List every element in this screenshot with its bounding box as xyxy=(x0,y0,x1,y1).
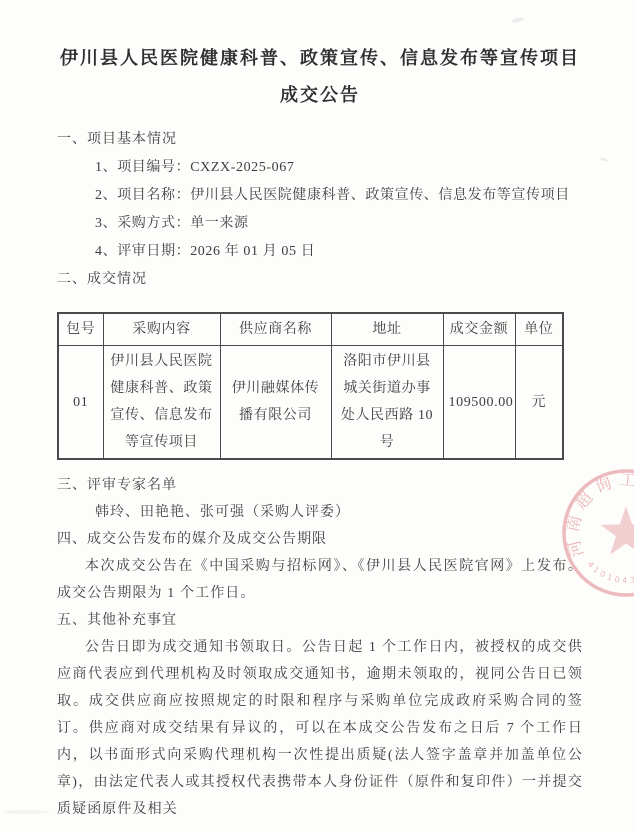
section5-heading: 五、其他补充事宜 xyxy=(57,607,583,634)
section1-heading: 一、项目基本情况 xyxy=(57,126,583,154)
section3-heading: 三、评审专家名单 xyxy=(57,472,583,499)
procurement-method-line: 3、采购方式：单一来源 xyxy=(57,210,583,238)
cell-package-no: 01 xyxy=(58,346,103,460)
col-header-package: 包号 xyxy=(58,313,103,346)
document-title: 伊川县人民医院健康科普、政策宣传、信息发布等宣传项目 成交公告 xyxy=(57,40,583,114)
table-row: 01 伊川县人民医院健康科普、政策宣传、信息发布等宣传项目 伊川融媒体传播有限公… xyxy=(58,346,563,460)
document-title-line2: 成交公告 xyxy=(57,77,583,114)
cell-amount: 109500.00 xyxy=(443,346,515,460)
cell-address: 洛阳市伊川县城关街道办事处人民西路 10 号 xyxy=(331,346,443,460)
project-number-line: 1、项目编号：CXZX-2025-067 xyxy=(57,154,583,182)
document-title-line1: 伊川县人民医院健康科普、政策宣传、信息发布等宣传项目 xyxy=(57,40,583,77)
project-name-line: 2、项目名称：伊川县人民医院健康科普、政策宣传、信息发布等宣传项目 xyxy=(57,182,583,210)
cell-supplier: 伊川融媒体传播有限公司 xyxy=(220,346,331,460)
col-header-amount: 成交金额 xyxy=(443,313,515,346)
cell-content: 伊川县人民医院健康科普、政策宣传、信息发布等宣传项目 xyxy=(103,346,220,460)
announcement-page: 伊川县人民医院健康科普、政策宣传、信息发布等宣传项目 成交公告 一、项目基本情况… xyxy=(0,0,634,832)
col-header-address: 地址 xyxy=(331,313,443,346)
section5-paragraph: 公告日即为成交通知书领取日。公告日起 1 个工作日内，被授权的成交供应商代表应到… xyxy=(57,634,583,823)
award-result-table: 包号 采购内容 供应商名称 地址 成交金额 单位 01 伊川县人民医院健康科普、… xyxy=(57,312,564,460)
lower-sections: 三、评审专家名单 韩玲、田艳艳、张可强（采购人评委） 四、成交公告发布的媒介及成… xyxy=(57,472,583,823)
page-content: 伊川县人民医院健康科普、政策宣传、信息发布等宣传项目 成交公告 一、项目基本情况… xyxy=(0,0,634,823)
expert-names-line: 韩玲、田艳艳、张可强（采购人评委） xyxy=(57,499,583,526)
section4-paragraph: 本次成交公告在《中国采购与招标网》、《伊川县人民医院官网》上发布。成交公告期限为… xyxy=(57,553,583,607)
scan-artifact xyxy=(4,810,50,814)
cell-unit: 元 xyxy=(515,346,563,460)
table-header-row: 包号 采购内容 供应商名称 地址 成交金额 单位 xyxy=(58,313,563,346)
col-header-unit: 单位 xyxy=(515,313,563,346)
col-header-supplier: 供应商名称 xyxy=(220,313,331,346)
section2-heading: 二、成交情况 xyxy=(57,266,583,294)
section4-heading: 四、成交公告发布的媒介及成交公告期限 xyxy=(57,526,583,553)
review-date-line: 4、评审日期：2026 年 01 月 05 日 xyxy=(57,238,583,266)
col-header-content: 采购内容 xyxy=(103,313,220,346)
